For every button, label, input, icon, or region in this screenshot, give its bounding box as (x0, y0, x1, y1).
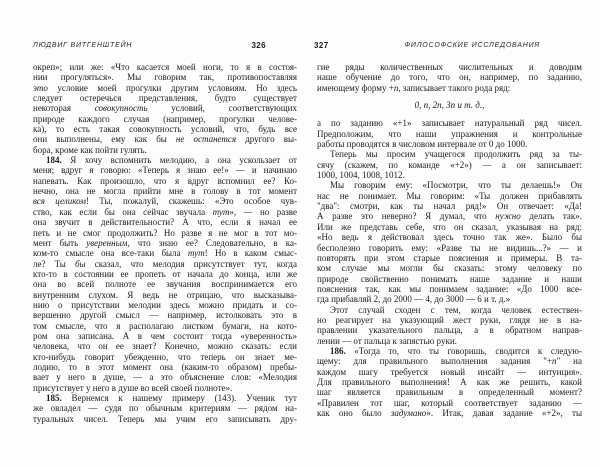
text-line: том смысле, что я располагаю листком бум… (33, 321, 297, 331)
text-line: 1000, 1004, 1008, 1012. (317, 170, 582, 180)
text-line: присутствует у него в душе во всей своей… (33, 383, 297, 393)
book-spread-scan: { "colors": { "ink": "#1b1b1b", "paper":… (0, 0, 600, 467)
text-line: человека, что он ее знает? Конечно, можн… (33, 341, 297, 351)
text-line: вся целиком! Ты, пожалуй, скажешь: «Это … (33, 196, 297, 206)
text-line: петь и не смог продолжить? Но разве я не… (33, 228, 297, 238)
text-line: "два": смотри, как ты начал ряд!» Он отв… (317, 201, 582, 211)
page-number-right: 327 (314, 41, 329, 50)
text-line: но реагирует на указующий жест руки, гля… (317, 315, 582, 325)
text-line: ле? Ты бы сказал, что мелодия присутству… (33, 259, 297, 269)
text-line: А разве это неверно? Я думал, что нужно … (317, 211, 582, 221)
text-line: гие ряды количественных числительных и д… (317, 62, 582, 72)
text-line: вает у него в душе, — а это объяснение с… (33, 372, 297, 382)
text-line: сячу (скажем, по команде «+2») — а он за… (317, 160, 582, 170)
text-line: как оно было задумано». Итак, давая зада… (317, 408, 582, 418)
right-running-head: 327 ФИЛОСОФСКИЕ ИССЛЕДОВАНИЯ (317, 40, 582, 62)
text-line: ство, как если бы она сейчас звучала тут… (33, 207, 297, 217)
text-line: она звучит в действительности? А что, ес… (33, 217, 297, 227)
text-line: правлении указательного пальца, а в обра… (317, 325, 582, 335)
text-line: повторять при этом старые пояснения и пр… (317, 253, 582, 263)
text-line: щему: для правильного выполнения задания… (317, 356, 582, 366)
text-line: природе свойственно понимать наше задани… (317, 274, 582, 284)
page-body-right: гие ряды количественных числительных и д… (317, 62, 582, 418)
text-line: Для правильного выполнения! А как же реш… (317, 377, 582, 387)
text-line: окреп»; или же: «Что касается моей ноги,… (33, 62, 297, 72)
text-line: бесполезно говорить ему: «Разве ты не ви… (317, 243, 582, 253)
text-line: пояснения так, как мы понимаем задание: … (317, 284, 582, 294)
text-line: наше обучение до того, что он, например,… (317, 72, 582, 82)
text-line: природе каждого случая (например, прогул… (33, 114, 297, 124)
text-line: напевать. Как произошло, что я вдруг всп… (33, 176, 297, 186)
running-head-title: ФИЛОСОФСКИЕ ИССЛЕДОВАНИЯ (405, 42, 540, 49)
text-line: лении — от пальца к запястью руки. (317, 336, 582, 346)
text-line: Предположим, что наши упражнения и контр… (317, 129, 582, 139)
text-line: бора, кроме как пойти гулять. (33, 145, 297, 155)
text-line: нию о присутствии мелодии здесь можно пр… (33, 300, 297, 310)
text-line: ком-то смысле она все-таки была тут! Но … (33, 248, 297, 258)
text-line: 185. Вернемся к нашему примеру (143). Уч… (33, 393, 297, 403)
text-line: некоторая совокупность условий, соответс… (33, 103, 297, 113)
text-line: нечно, она не могла прийти мне в голову … (33, 186, 297, 196)
left-running-head: ЛЮДВИГ ВИТГЕНШТЕЙН 326 (33, 40, 297, 62)
text-line: ром она записана. А в чем состоит тогда … (33, 331, 297, 341)
text-line: нии прогуляться». Мы говорим так, против… (33, 72, 297, 82)
text-line: вершенно другой смысл — например, истолк… (33, 310, 297, 320)
text-line: гда прибавляй 2, до 2000 — 4, до 3000 — … (317, 294, 582, 304)
text-line: мент быть уверенным, что знаю ее? Следов… (33, 238, 297, 248)
text-line: меня; вдруг я говорю: «Теперь я знаю ее!… (33, 165, 297, 175)
text-line: нас не понимает. Мы говорим: «Ты должен … (317, 191, 582, 201)
text-line: а по заданию «+1» записывает натуральный… (317, 118, 582, 128)
text-line: 186. «Тогда то, что ты говоришь, сводитс… (317, 346, 582, 356)
left-page: ЛЮДВИГ ВИТГЕНШТЕЙН 326 окреп»; или же: «… (33, 40, 297, 424)
text-line: Или же представь себе, что он сказал, ук… (317, 222, 582, 232)
text-line: Мы говорим ему: «Посмотри, что ты делаеш… (317, 180, 582, 190)
text-line: каждом шагу требуется новый инсайт — инт… (317, 367, 582, 377)
text-line: «Правилен тот шаг, который соответствует… (317, 398, 582, 408)
text-line: Теперь мы просим учащегося продолжить ря… (317, 149, 582, 159)
text-line: «Но ведь я действовал здесь точно так же… (317, 232, 582, 242)
text-line: кто-нибудь говорит убежденно, что теперь… (33, 352, 297, 362)
text-line: внутренним слухом. Я ведь не отрицаю, чт… (33, 290, 297, 300)
text-line: туральных чисел. Теперь мы учим его запи… (33, 414, 297, 424)
text-line: работы проводятся в числовом интервале о… (317, 139, 582, 149)
text-line: ком случае мы могли бы сказать: этому че… (317, 263, 582, 273)
text-line: это условие моей прогулки другим условия… (33, 83, 297, 93)
text-line: следует остеречься представления, будто … (33, 93, 297, 103)
right-page: 327 ФИЛОСОФСКИЕ ИССЛЕДОВАНИЯ гие ряды ко… (317, 40, 582, 418)
text-line: 184. Я хочу вспомнить мелодию, а она уск… (33, 155, 297, 165)
page-body-left: окреп»; или же: «Что касается моей ноги,… (33, 62, 297, 424)
text-line: они выполнены, ему как бы не останется д… (33, 134, 297, 144)
text-line: лодию, то в этот момент она (каким-то об… (33, 362, 297, 372)
text-line: Этот случай сходен с тем, когда человек … (317, 305, 582, 315)
text-line: она во всей полноте ее звучания восприни… (33, 279, 297, 289)
text-line: шаг является правильным в определенный м… (317, 387, 582, 397)
page-number-left: 326 (251, 41, 266, 50)
text-line: же овладел — судя по обычным критериям —… (33, 403, 297, 413)
text-line: кто-то в состоянии ее пропеть от начала … (33, 269, 297, 279)
text-line: имеющему форму +n, записывает такого род… (317, 83, 582, 93)
text-line: ка), то есть такая совокупность условий,… (33, 124, 297, 134)
formula-line: 0, n, 2n, 3n и т. д., (317, 100, 582, 110)
running-head-author: ЛЮДВИГ ВИТГЕНШТЕЙН (33, 42, 132, 49)
